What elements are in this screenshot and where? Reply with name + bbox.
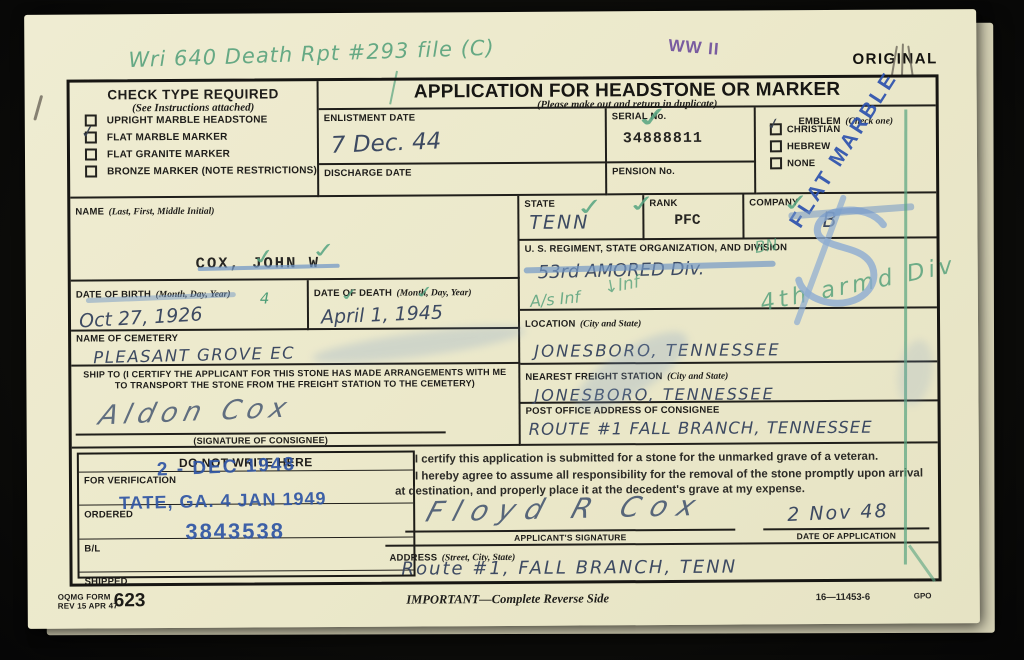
- form-id-line1: OQMG FORM: [58, 592, 118, 602]
- green-vertical-line: [904, 110, 907, 565]
- check-type-title: CHECK TYPE REQUIRED: [70, 86, 317, 103]
- top-handwritten-note: Wri 640 Death Rpt #293 file (C): [128, 29, 688, 72]
- rank-label: RANK: [649, 198, 742, 210]
- bl-number-stamp: 3843538: [185, 518, 285, 545]
- form-header: APPLICATION FOR HEADSTONE OR MARKER (Ple…: [319, 77, 936, 110]
- po-address-value: ROUTE #1 FALL BRANCH, TENNESSEE: [529, 417, 938, 438]
- checkbox-none: [770, 157, 782, 169]
- location-label: LOCATION: [525, 319, 576, 330]
- name-label: NAME: [75, 206, 104, 217]
- dnw-row-label: SHIPPED: [85, 575, 414, 588]
- emblem-option-label: HEBREW: [787, 141, 830, 152]
- footer-center-note: IMPORTANT—Complete Reverse Side: [328, 591, 688, 608]
- form-id-line2: REV 15 APR 47: [58, 602, 118, 612]
- check-type-option-label: FLAT GRANITE MARKER: [107, 149, 230, 161]
- emblem-option-label: CHRISTIAN: [787, 124, 841, 135]
- rank-value: PFC: [674, 213, 742, 229]
- dob-superscript: 4: [260, 289, 270, 307]
- form-number: 623: [114, 590, 146, 612]
- checkbox-hebrew: [770, 140, 782, 152]
- location-value: JONESBORO, TENNESSEE: [534, 339, 937, 360]
- freight-station-label-note: (City and State): [667, 372, 728, 382]
- pencil-scribble: [33, 95, 43, 121]
- field-pension-no: PENSION No.: [607, 162, 756, 195]
- applicant-signature-caption: APPLICANT'S SIGNATURE: [405, 532, 735, 544]
- enlistment-date-value: 7 Dec. 44: [330, 122, 605, 159]
- emblem-option-label: NONE: [787, 158, 815, 169]
- photo-backdrop: Wri 640 Death Rpt #293 file (C) WW II OR…: [0, 0, 1024, 660]
- location-label-note: (City and State): [580, 319, 641, 329]
- checkbox-flat-granite: [85, 148, 97, 160]
- checkbox-bronze: [85, 165, 97, 177]
- green-checkmark: ✓: [309, 237, 339, 263]
- check-type-subtitle: (See Instructions attached): [70, 101, 317, 115]
- dnw-row-bl: B/L: [79, 542, 413, 573]
- field-enlistment-date: ENLISTMENT DATE 7 Dec. 44: [319, 108, 607, 165]
- name-label-note: (Last, First, Middle Initial): [109, 207, 215, 218]
- form-number-block: OQMG FORM REV 15 APR 47: [58, 592, 118, 611]
- certification-line1: I certify this application is submitted …: [395, 449, 934, 467]
- field-discharge-date: DISCHARGE DATE: [319, 163, 607, 197]
- application-date-value: 2 Nov 48: [787, 500, 889, 526]
- check-type-option-label: UPRIGHT MARBLE HEADSTONE: [107, 114, 268, 126]
- field-dob: DATE OF BIRTH (Month, Day, Year) Oct 27,…: [71, 280, 309, 331]
- footer-print-code: 16—11453-6: [816, 592, 870, 603]
- check-type-option-label: BRONZE MARKER (NOTE RESTRICTIONS): [107, 165, 317, 177]
- address-value: Route #1, FALL BRANCH, TENN: [401, 557, 737, 580]
- ww2-stamp: WW II: [668, 36, 721, 60]
- regiment-annotation-bn: BN: [753, 235, 778, 257]
- discharge-date-label: DISCHARGE DATE: [324, 166, 605, 179]
- pension-no-label: PENSION No.: [612, 165, 754, 177]
- footer-gpo: GPO: [914, 591, 932, 600]
- applicant-signature: Floyd R Cox: [422, 489, 709, 529]
- check-type-option-label: FLAT MARBLE MARKER: [107, 132, 228, 144]
- field-rank: RANK PFC: [644, 195, 744, 241]
- form-paper: Wri 640 Death Rpt #293 file (C) WW II OR…: [24, 9, 980, 629]
- dob-value: Oct 27, 1926: [79, 297, 308, 332]
- field-serial-no: SERIAL No. 34888811: [607, 107, 756, 163]
- enlistment-date-label: ENLISTMENT DATE: [324, 111, 605, 124]
